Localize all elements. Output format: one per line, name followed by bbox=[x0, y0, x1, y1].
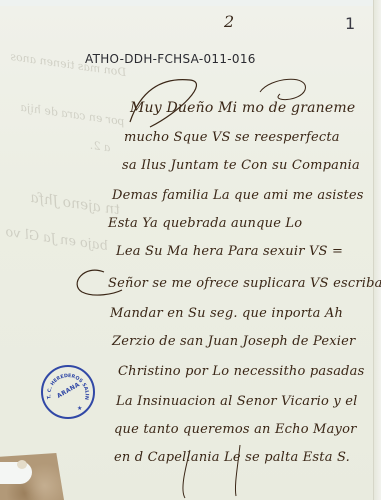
page-number: 1 bbox=[345, 14, 355, 33]
archive-reference-code: ATHO-DDH-FCHSA-011-016 bbox=[85, 52, 256, 67]
letter-line-12: que tanto queremos an Echo Mayor bbox=[114, 422, 357, 437]
paper-right-edge bbox=[373, 0, 381, 500]
descender-flourish-icon bbox=[150, 440, 270, 500]
letter-line-11: La Insinuacion al Senor Vicario y el bbox=[116, 394, 358, 409]
manuscript-page: Don mas tienen anos por en cara de hija … bbox=[0, 0, 381, 500]
bleed-through-text: tn ajeno Jhfa bbox=[29, 190, 120, 218]
bleed-through-text: a 2. bbox=[89, 139, 111, 155]
letter-line-6: Lea Su Ma hera Para sexuir VS = bbox=[116, 244, 343, 259]
folio-number: 2 bbox=[224, 12, 234, 31]
letter-line-7: Señor se me ofrece suplicara VS escriba bbox=[108, 276, 381, 291]
archive-stamp: T. C. HEREDEROS SALINAS ARANA ★ bbox=[41, 365, 95, 419]
letter-line-9: Zerzio de san Juan Joseph de Pexier bbox=[112, 334, 355, 349]
paper-hole bbox=[0, 462, 32, 484]
letter-line-2: mucho Sque VS se reesperfecta bbox=[124, 130, 340, 145]
letter-line-5: Esta Ya quebrada aunque Lo bbox=[108, 216, 302, 231]
letter-line-4: Demas familia La que ami me asistes bbox=[112, 188, 364, 203]
bleed-through-text: por en cara de hija bbox=[20, 101, 126, 129]
paper-hole-edge bbox=[17, 460, 27, 469]
letter-line-1: Muy Dueño Mi mo de graneme bbox=[130, 100, 355, 116]
letter-line-8: Mandar en Su seg. que inporta Ah bbox=[110, 306, 343, 321]
stamp-star-icon: ★ bbox=[77, 405, 82, 412]
bleed-through-text: bajo en Ja Gl vo bbox=[4, 225, 108, 254]
letter-line-3: sa Ilus Juntam te Con su Compania bbox=[122, 158, 360, 173]
scan-top-margin bbox=[0, 0, 381, 6]
letter-line-10: Christino por Lo necessitho pasadas bbox=[118, 364, 365, 379]
